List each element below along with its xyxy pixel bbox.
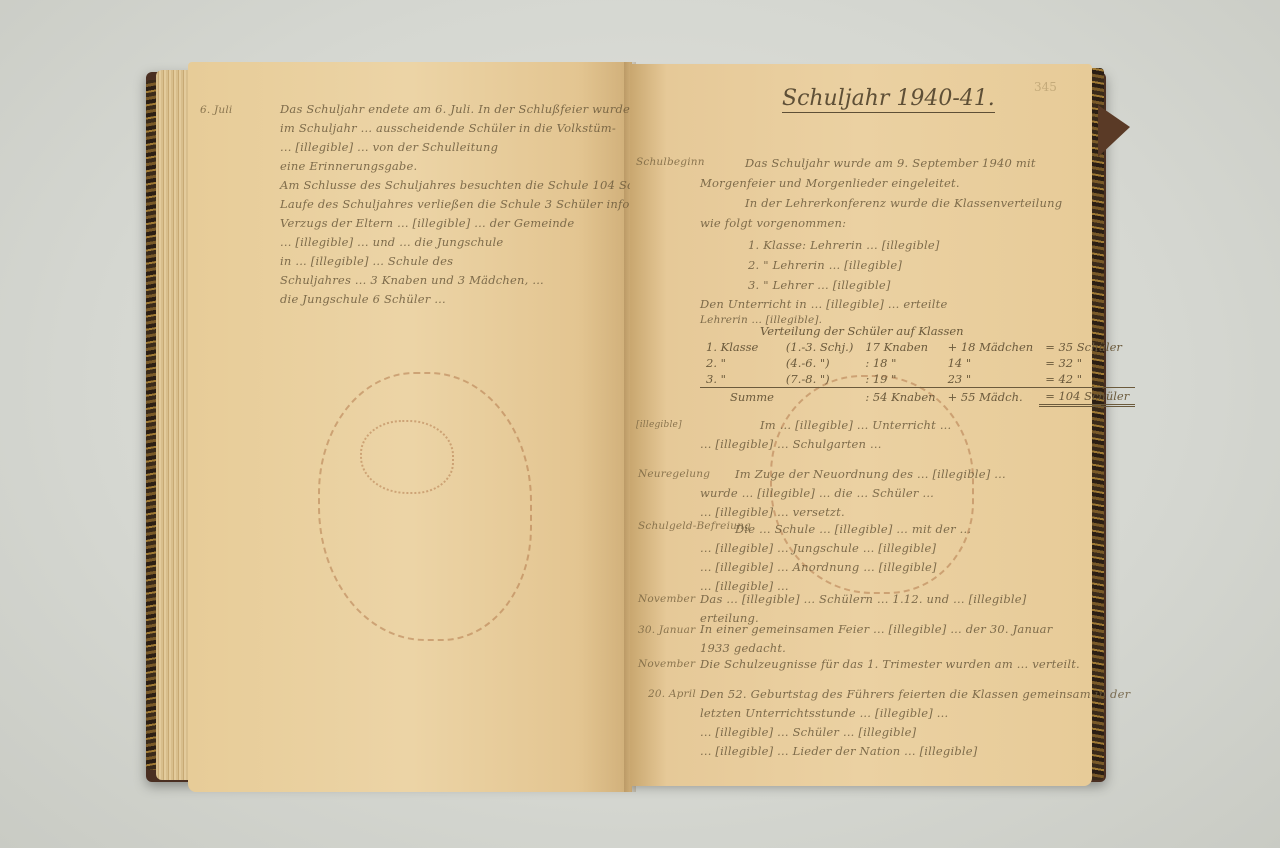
margin-label: 20. April <box>648 688 696 700</box>
text-line: die Jungschule 6 Schüler ... <box>280 292 446 306</box>
text-line: im Schuljahr ... ausscheidende Schüler i… <box>280 121 616 135</box>
page-number: 345 <box>1034 80 1057 94</box>
boys-cell: : 19 " <box>859 371 941 388</box>
text-line: ... [illegible] ... Jungschule ... [ille… <box>700 541 936 555</box>
text-line: letzten Unterrichtsstunde ... [illegible… <box>700 706 948 720</box>
margin-label: Schulbeginn <box>636 156 705 168</box>
text-line: ... [illegible] ... versetzt. <box>700 505 845 519</box>
total-cell: = 32 " <box>1039 355 1135 371</box>
water-stain-left <box>318 372 532 641</box>
text-line: 1. Klasse: Lehrerin ... [illegible] <box>748 238 940 252</box>
text-line: Das ... [illegible] ... Schülern ... 1.1… <box>700 592 1027 606</box>
text-line: Im ... [illegible] ... Unterricht ... <box>760 418 951 432</box>
text-line: ... [illegible] ... Anordnung ... [illeg… <box>700 560 937 574</box>
text-line: Das Schuljahr endete am 6. Juli. In der … <box>280 102 638 116</box>
text-line: Laufe des Schuljahres verließen die Schu… <box>280 197 648 211</box>
years-cell: (4.-6. ") <box>780 355 859 371</box>
total-cell: = 35 Schüler <box>1039 339 1135 355</box>
text-line: ... [illegible] ... von der Schulleitung <box>280 140 498 154</box>
page-stack-edge <box>156 70 192 780</box>
boys-cell: : 18 " <box>859 355 941 371</box>
table-row: 3. " (7.-8. ") : 19 " 23 " = 42 " <box>700 371 1135 388</box>
text-line: Schuljahres ... 3 Knaben und 3 Mädchen, … <box>280 273 544 287</box>
boys-cell: 17 Knaben <box>859 339 941 355</box>
sum-label: Summe <box>700 388 780 406</box>
sum-total: = 104 Schüler <box>1039 388 1135 406</box>
distribution-heading: Verteilung der Schüler auf Klassen <box>700 323 1135 339</box>
text-line: Die ... Schule ... [illegible] ... mit d… <box>735 522 971 536</box>
class-cell: 3. " <box>700 371 780 388</box>
margin-label: Neuregelung <box>638 468 710 480</box>
text-line: In einer gemeinsamen Feier ... [illegibl… <box>700 622 1052 636</box>
margin-date: 6. Juli <box>200 104 232 116</box>
years-cell: (1.-3. Schj.) <box>780 339 859 355</box>
text-line: wie folgt vorgenommen: <box>700 216 846 230</box>
table-row: 2. " (4.-6. ") : 18 " 14 " = 32 " <box>700 355 1135 371</box>
girls-cell: + 18 Mädchen <box>942 339 1040 355</box>
class-cell: 2. " <box>700 355 780 371</box>
text-line: Das Schuljahr wurde am 9. September 1940… <box>745 156 1036 170</box>
margin-label: 30. Januar <box>638 624 695 636</box>
girls-cell: 14 " <box>942 355 1040 371</box>
text-line: Verzugs der Eltern ... [illegible] ... d… <box>280 216 574 230</box>
sum-girls: + 55 Mädch. <box>942 388 1040 406</box>
text-line: ... [illegible] ... Schulgarten ... <box>700 437 882 451</box>
total-cell: = 42 " <box>1039 371 1135 388</box>
text-line: ... [illegible] ... <box>700 579 789 593</box>
sum-boys: : 54 Knaben <box>859 388 941 406</box>
class-distribution-table: Verteilung der Schüler auf Klassen 1. Kl… <box>700 323 1135 407</box>
text-line: ... [illegible] ... Schüler ... [illegib… <box>700 725 916 739</box>
margin-label: November <box>638 593 695 605</box>
marbled-edge-right <box>1090 68 1104 780</box>
years-cell: (7.-8. ") <box>780 371 859 388</box>
girls-cell: 23 " <box>942 371 1040 388</box>
text-line: Morgenfeier und Morgenlieder eingeleitet… <box>700 176 960 190</box>
sum-row: Summe : 54 Knaben + 55 Mädch. = 104 Schü… <box>700 388 1135 406</box>
text-line: 2. " Lehrerin ... [illegible] <box>748 258 902 272</box>
text-line: Die Schulzeugnisse für das 1. Trimester … <box>700 657 1080 671</box>
text-line: In der Lehrerkonferenz wurde die Klassen… <box>745 196 1062 210</box>
water-stain-left-inner <box>360 420 454 494</box>
text-line: 1933 gedacht. <box>700 641 786 655</box>
text-line: ... [illegible] ... und ... die Jungschu… <box>280 235 503 249</box>
text-line: in ... [illegible] ... Schule des <box>280 254 453 268</box>
page-title: Schuljahr 1940-41. <box>782 86 995 113</box>
table-row: 1. Klasse (1.-3. Schj.) 17 Knaben + 18 M… <box>700 339 1135 355</box>
text-line: eine Erinnerungsgabe. <box>280 159 417 173</box>
text-line: Im Zuge der Neuordnung des ... [illegibl… <box>735 467 1006 481</box>
text-line: Den 52. Geburtstag des Führers feierten … <box>700 687 1130 701</box>
torn-cover-corner <box>1098 105 1130 157</box>
margin-label: [illegible] <box>636 420 682 430</box>
class-cell: 1. Klasse <box>700 339 780 355</box>
margin-label: November <box>638 658 695 670</box>
text-line: wurde ... [illegible] ... die ... Schüle… <box>700 486 934 500</box>
text-line: ... [illegible] ... Lieder der Nation ..… <box>700 744 977 758</box>
text-line: 3. " Lehrer ... [illegible] <box>748 278 891 292</box>
text-line: Den Unterricht in ... [illegible] ... er… <box>700 297 947 311</box>
